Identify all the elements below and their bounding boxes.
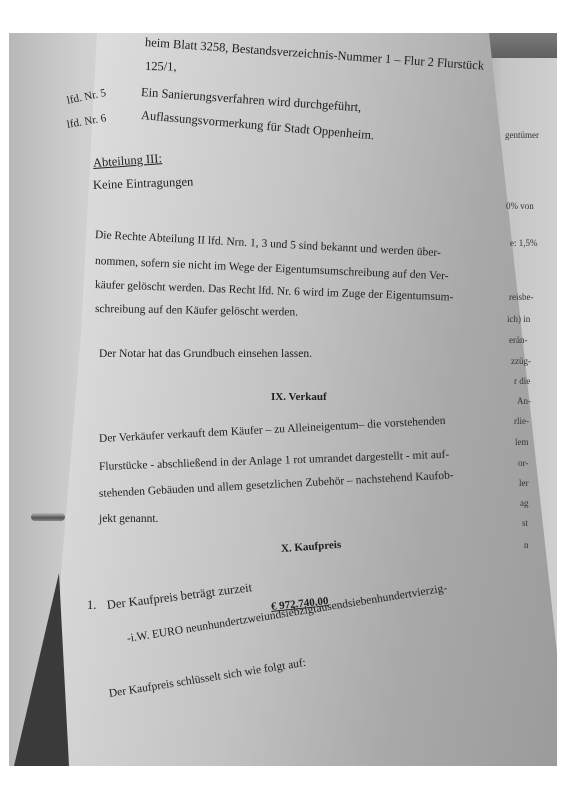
document-photo: gentümer0% vone: 1,5%reisbe-ich) inerän-…	[9, 33, 557, 766]
right-page-fragment: gentümer	[505, 130, 539, 140]
right-page-fragment: reisbe-	[509, 292, 534, 302]
right-page-fragment: st	[522, 518, 528, 528]
item-number: 1.	[87, 598, 96, 613]
right-page-fragment: or-	[518, 458, 528, 468]
section-9-heading: IX. Verkauf	[271, 391, 327, 403]
right-page-fragment: An-	[517, 396, 531, 406]
right-page-fragment: erän-	[509, 335, 527, 345]
right-page-fragment: ag	[520, 498, 529, 508]
verkauf-line-4: jekt genannt.	[99, 513, 158, 525]
right-page-fragment: ler	[519, 478, 529, 488]
top-line-2: 125/1,	[145, 59, 177, 75]
right-page-fragment: ich) in	[507, 314, 530, 324]
right-page-fragment: r die	[514, 376, 530, 386]
right-page-fragment: rlie-	[514, 416, 529, 426]
right-page-fragment: e: 1,5%	[510, 238, 538, 248]
binder-ring-icon	[31, 513, 65, 521]
right-page-fragment: 0% von	[506, 201, 534, 211]
right-page-fragment: lem	[515, 437, 529, 447]
notar-line: Der Notar hat das Grundbuch einsehen las…	[99, 348, 312, 360]
right-page-fragment: zzüg-	[511, 356, 531, 366]
right-page-fragment: n	[524, 540, 529, 550]
